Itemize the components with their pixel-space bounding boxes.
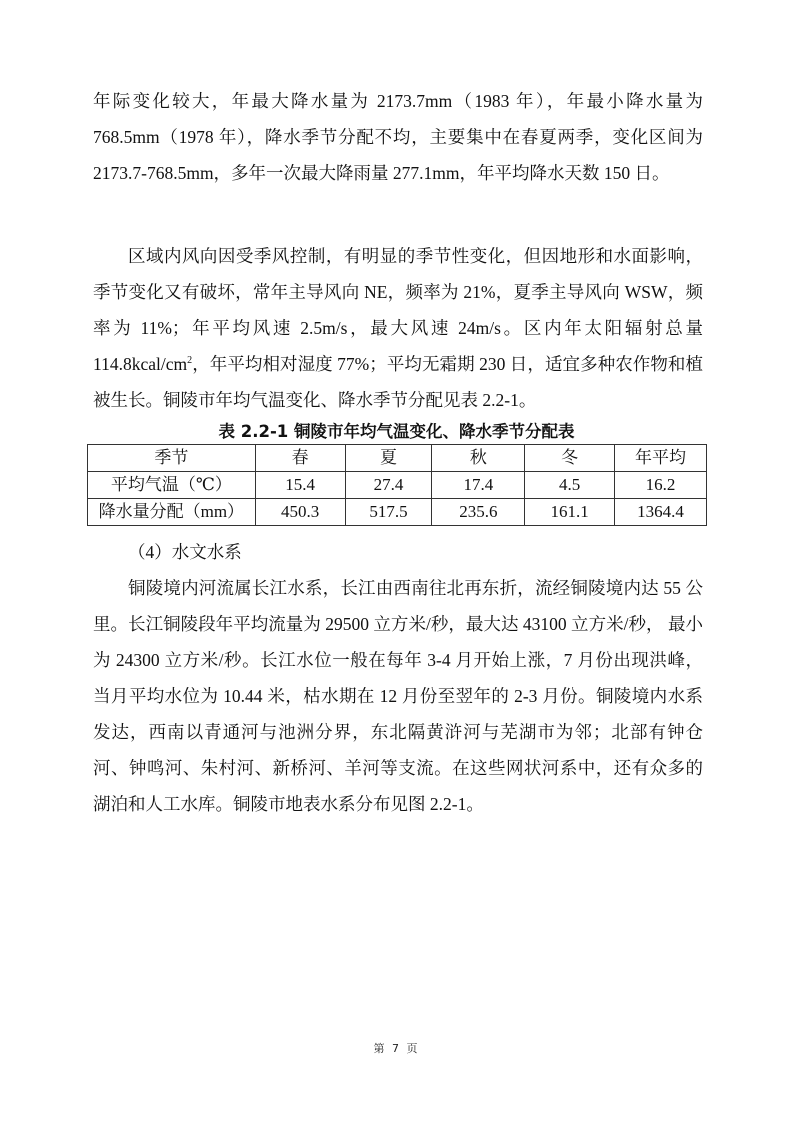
table-cell: 1364.4 (615, 499, 707, 526)
table-cell: 161.1 (525, 499, 615, 526)
table-cell: 450.3 (255, 499, 345, 526)
paragraph-precipitation: 年际变化较大，年最大降水量为 2173.7mm（1983 年），年最小降水量为 … (93, 83, 703, 191)
table-header-cell: 秋 (432, 445, 525, 472)
table-header-cell: 年平均 (615, 445, 707, 472)
section-heading: （4）水文水系 (128, 534, 242, 570)
paragraph-wind-climate: 区域内风向因受季风控制，有明显的季节性变化，但因地形和水面影响，季节变化又有破坏… (93, 238, 703, 418)
table-header-cell: 春 (255, 445, 345, 472)
table-row: 平均气温（℃） 15.4 27.4 17.4 4.5 16.2 (88, 472, 707, 499)
table-row-label: 平均气温（℃） (88, 472, 256, 499)
table-header-cell: 夏 (345, 445, 432, 472)
climate-table: 季节 春 夏 秋 冬 年平均 平均气温（℃） 15.4 27.4 17.4 4.… (87, 444, 707, 526)
table-header-cell: 季节 (88, 445, 256, 472)
table-cell: 4.5 (525, 472, 615, 499)
table-cell: 15.4 (255, 472, 345, 499)
table-cell: 16.2 (615, 472, 707, 499)
table-cell: 517.5 (345, 499, 432, 526)
document-page: 年际变化较大，年最大降水量为 2173.7mm（1983 年），年最小降水量为 … (0, 0, 793, 1122)
table-cell: 17.4 (432, 472, 525, 499)
table-header-row: 季节 春 夏 秋 冬 年平均 (88, 445, 707, 472)
page-number: 第 7 页 (0, 1040, 793, 1056)
table-header-cell: 冬 (525, 445, 615, 472)
table-row: 降水量分配（mm） 450.3 517.5 235.6 161.1 1364.4 (88, 499, 707, 526)
table-caption: 表 2.2-1 铜陵市年均气温变化、降水季节分配表 (0, 418, 793, 442)
table-cell: 235.6 (432, 499, 525, 526)
table-cell: 27.4 (345, 472, 432, 499)
paragraph-hydrology: 铜陵境内河流属长江水系，长江由西南往北再东折，流经铜陵境内达 55 公里。长江铜… (93, 570, 703, 822)
table-row-label: 降水量分配（mm） (88, 499, 256, 526)
